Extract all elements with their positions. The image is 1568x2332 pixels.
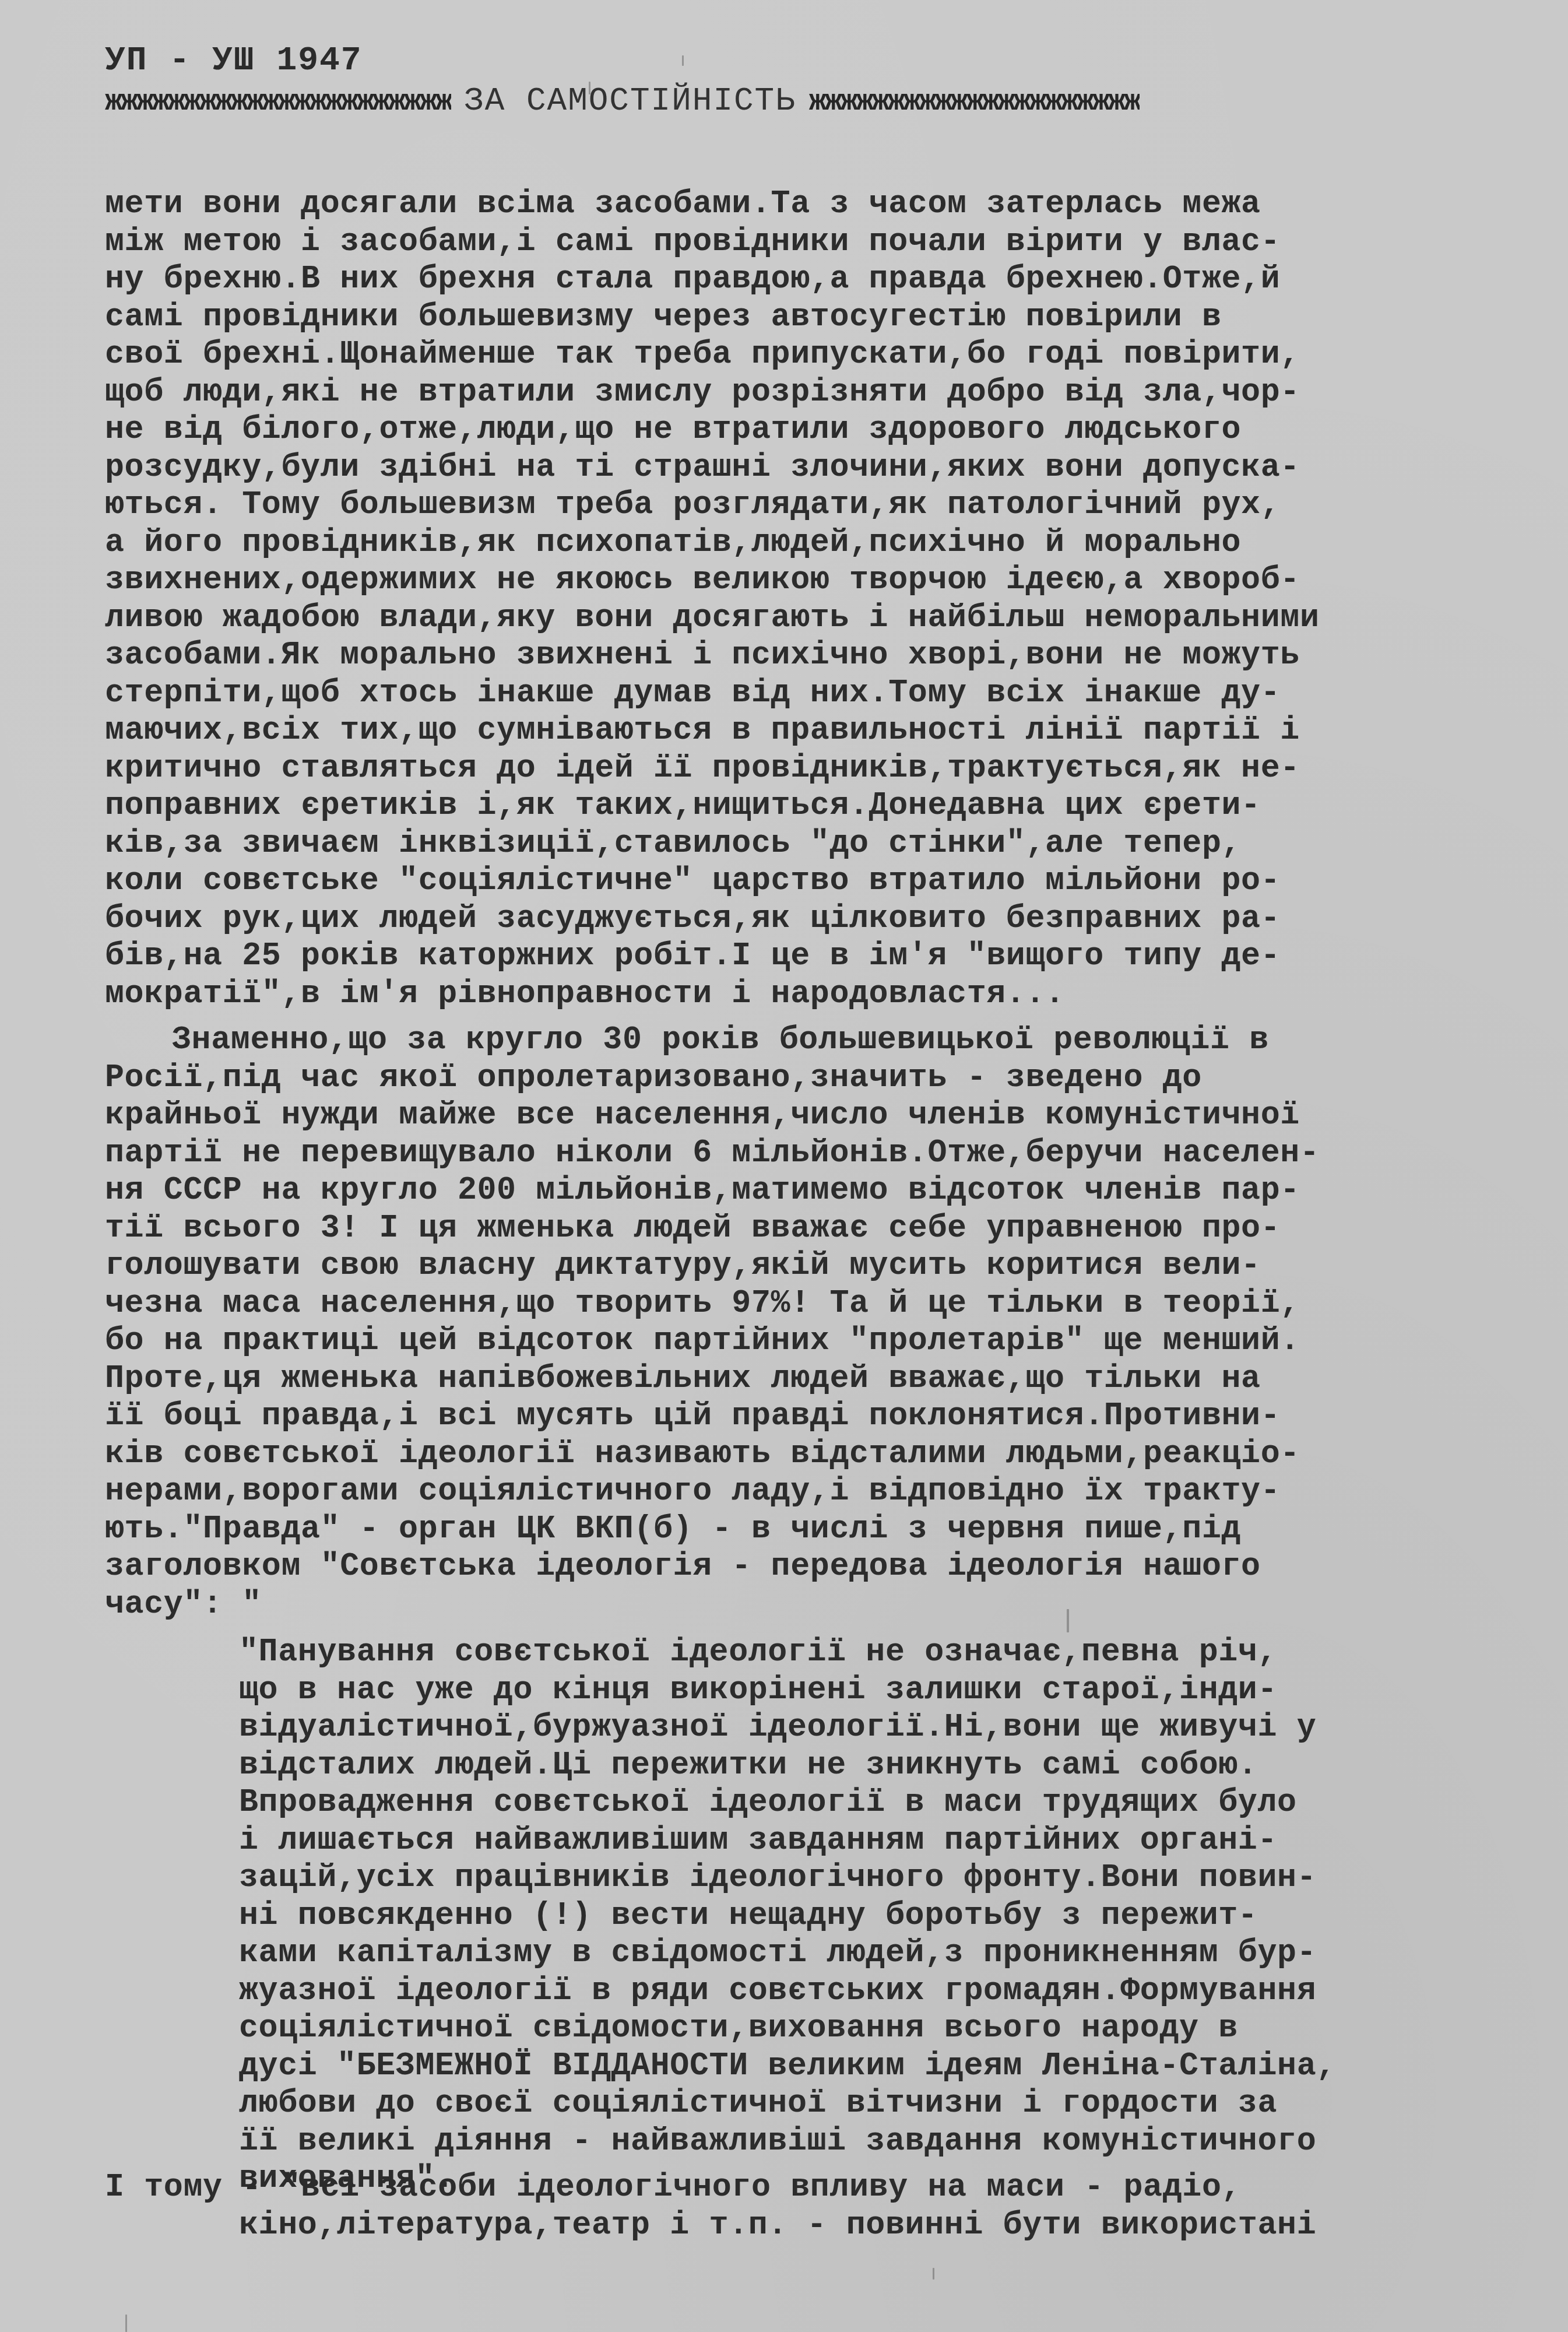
quote-line: і лишається найважливішим завданням парт… bbox=[239, 1822, 1481, 1860]
text-line: партії не перевищувало ніколи 6 мільйоні… bbox=[105, 1135, 1481, 1172]
text-line: тії всього 3! І ця жменька людей вважає … bbox=[105, 1210, 1481, 1248]
text-line: звихнених,одержимих не якоюсь великою тв… bbox=[105, 561, 1481, 599]
quote-line: дусі "БЕЗМЕЖНОЇ ВІДДАНОСТИ великим ідеям… bbox=[239, 2047, 1481, 2085]
text-line: ну брехню.В них брехня стала правдою,а п… bbox=[105, 261, 1481, 298]
text-line: ків,за звичаєм інквізиції,ставилось "до … bbox=[105, 825, 1481, 863]
publication-title: ЗА САМОСТІЙНІСТЬ bbox=[464, 82, 796, 120]
text-line: бочих рук,цих людей засуджується,як цілк… bbox=[105, 900, 1481, 938]
paragraph-1: мети вони досягали всіма засобами.Та з ч… bbox=[105, 185, 1481, 1013]
text-line: самі провідники большевизму через автосу… bbox=[105, 298, 1481, 336]
text-line: коли совєтське "соціялістичне" царство в… bbox=[105, 862, 1481, 900]
quote-line: любови до своєї соціялістичної вітчизни … bbox=[239, 2085, 1481, 2123]
text-line: мети вони досягали всіма засобами.Та з ч… bbox=[105, 185, 1481, 223]
document-header: жжжжжжжжжжжжжжжжжжжжжж ЗА САМОСТІЙНІСТЬ … bbox=[105, 82, 1469, 122]
closing-paragraph: І тому - "всі засоби ідеологічного вплив… bbox=[105, 2169, 1481, 2244]
quotation-block: "Панування совєтської ідеології не означ… bbox=[239, 1634, 1481, 2198]
scan-artifact bbox=[933, 2268, 934, 2280]
text-line: не від білого,отже,люди,що не втратили з… bbox=[105, 411, 1481, 449]
quote-line: Впровадження совєтської ідеології в маси… bbox=[239, 1784, 1481, 1822]
scan-artifact bbox=[125, 2315, 127, 2332]
text-line: І тому - "всі засоби ідеологічного вплив… bbox=[105, 2169, 1481, 2207]
quote-line: що в нас уже до кінця викорінені залишки… bbox=[239, 1671, 1481, 1709]
quote-line: зацій,усіх працівників ідеологічного фро… bbox=[239, 1859, 1481, 1897]
text-line: голошувати свою власну диктатуру,якій му… bbox=[105, 1247, 1481, 1285]
text-line: свої брехні.Щонайменше так треба припуск… bbox=[105, 336, 1481, 374]
text-line: Росії,під час якої опролетаризовано,знач… bbox=[105, 1059, 1481, 1097]
text-line: кіно,література,театр і т.п. - повинні б… bbox=[105, 2207, 1481, 2245]
text-line: розсудку,були здібні на ті страшні злочи… bbox=[105, 449, 1481, 487]
text-line: заголовком "Совєтська ідеологія - передо… bbox=[105, 1548, 1481, 1586]
scan-artifact bbox=[1067, 1609, 1069, 1632]
text-line: нерами,ворогами соціялістичного ладу,і в… bbox=[105, 1473, 1481, 1511]
text-line: крайньої нужди майже все населення,число… bbox=[105, 1097, 1481, 1135]
document-date: УП - УШ 1947 bbox=[105, 42, 363, 80]
scan-artifact bbox=[589, 82, 590, 94]
text-line: щоб люди,які не втратили змислу розрізня… bbox=[105, 374, 1481, 412]
text-line: ливою жадобою влади,яку вони досягають і… bbox=[105, 599, 1481, 637]
text-line: ків совєтської ідеології називають відст… bbox=[105, 1435, 1481, 1473]
text-line: Знаменно,що за кругло 30 років большевиц… bbox=[105, 1021, 1481, 1059]
header-decoration-left: жжжжжжжжжжжжжжжжжжжжжж bbox=[105, 83, 451, 122]
text-line: Проте,ця жменька напівбожевільних людей … bbox=[105, 1360, 1481, 1398]
text-line: бів,на 25 років каторжних робіт.І це в і… bbox=[105, 937, 1481, 975]
quote-line: "Панування совєтської ідеології не означ… bbox=[239, 1634, 1481, 1671]
quote-line: відуалістичної,буржуазної ідеології.Ні,в… bbox=[239, 1709, 1481, 1747]
quote-line: ками капіталізму в свідомості людей,з пр… bbox=[239, 1934, 1481, 1972]
scan-artifact bbox=[682, 55, 684, 66]
header-decoration-right: жжжжжжжжжжжжжжжжжжжжж bbox=[809, 83, 1140, 122]
quote-line: її великі діяння - найважливіші завдання… bbox=[239, 2123, 1481, 2161]
text-line: критично ставляться до ідей її провідник… bbox=[105, 750, 1481, 788]
text-line: ються. Тому большевизм треба розглядати,… bbox=[105, 486, 1481, 524]
text-line: чезна маса населення,що творить 97%! Та … bbox=[105, 1285, 1481, 1323]
text-line: мократії",в ім'я рівноправности і народо… bbox=[105, 975, 1481, 1013]
paragraph-2: Знаменно,що за кругло 30 років большевиц… bbox=[105, 1021, 1481, 1623]
text-line: поправних єретиків і,як таких,нищиться.Д… bbox=[105, 787, 1481, 825]
text-line: часу": " bbox=[105, 1586, 1481, 1624]
text-line: маючих,всіх тих,що сумніваються в правил… bbox=[105, 712, 1481, 750]
quote-line: жуазної ідеології в ряди совєтських гром… bbox=[239, 1972, 1481, 2010]
text-line: ня СССР на кругло 200 мільйонів,матимемо… bbox=[105, 1172, 1481, 1210]
text-line: ють."Правда" - орган ЦК ВКП(б) - в числі… bbox=[105, 1511, 1481, 1548]
quote-line: ні повсякденно (!) вести нещадну боротьб… bbox=[239, 1897, 1481, 1935]
text-line: її боці правда,і всі мусять цій правді п… bbox=[105, 1397, 1481, 1435]
quote-line: відсталих людей.Ці пережитки не зникнуть… bbox=[239, 1747, 1481, 1785]
text-line: стерпіти,щоб хтось інакше думав від них.… bbox=[105, 675, 1481, 712]
text-line: а його провідників,як психопатів,людей,п… bbox=[105, 524, 1481, 562]
quote-line: соціялістичної свідомости,виховання всьо… bbox=[239, 2010, 1481, 2047]
text-line: засобами.Як морально звихнені і психічно… bbox=[105, 637, 1481, 675]
text-line: бо на практиці цей відсоток партійних "п… bbox=[105, 1322, 1481, 1360]
text-line: між метою і засобами,і самі провідники п… bbox=[105, 223, 1481, 261]
